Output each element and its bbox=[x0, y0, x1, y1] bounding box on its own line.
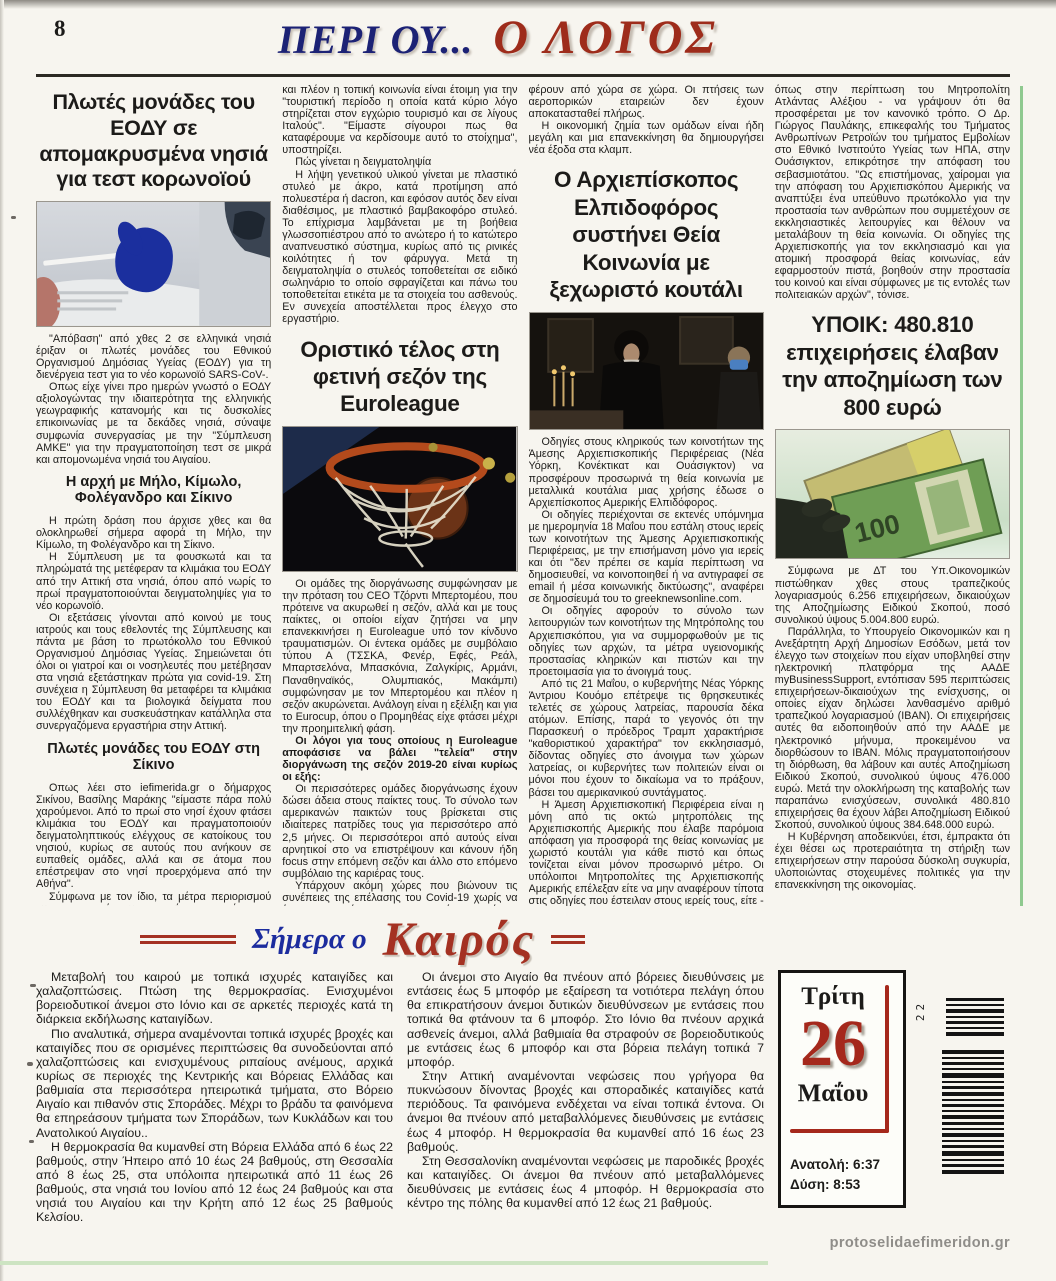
column-4: όπως στην περίπτωση του Μητροπολίτη Ατλά… bbox=[775, 84, 1010, 906]
weather-paragraph: Πιο αναλυτικά, σήμερα αναμένονται τοπικά… bbox=[36, 1027, 393, 1140]
scan-artifact-left bbox=[0, 0, 4, 1281]
column-3: φέρουν από χώρα σε χώρα. Οι πτήσεις των … bbox=[529, 84, 764, 906]
elpidoforos-paragraph: Η Άμεση Αρχιεπισκοπική Περιφέρεια είναι … bbox=[529, 799, 764, 906]
column-1: Πλωτές μονάδες του ΕΟΔΥ σε απομακρυσμένα… bbox=[36, 84, 271, 906]
article-columns: Πλωτές μονάδες του ΕΟΔΥ σε απομακρυσμένα… bbox=[36, 84, 1010, 906]
green-bottom-line bbox=[0, 1261, 768, 1265]
weather-paragraph: Μεταβολή του καιρού με τοπικά ισχυρές κα… bbox=[36, 970, 393, 1027]
ypoik-headline: ΥΠΟΙΚ: 480.810 επιχειρήσεις έλαβαν την α… bbox=[777, 311, 1008, 421]
calendar-day-number: 26 bbox=[787, 1013, 879, 1076]
eody-paragraph-continued: και πλέον η τοπική κοινωνία είναι έτοιμη… bbox=[282, 84, 517, 156]
calendar-text: Τρίτη 26 Μαΐου bbox=[787, 983, 879, 1108]
header-rule bbox=[36, 74, 1010, 77]
sunrise-time: Ανατολή: 6:37 bbox=[790, 1155, 880, 1175]
elpidoforos-paragraph-continued: όπως στην περίπτωση του Μητροπολίτη Ατλά… bbox=[775, 84, 1010, 301]
calendar-month: Μαΐου bbox=[787, 1080, 879, 1108]
calendar-red-bracket-vertical bbox=[885, 985, 889, 1133]
eody-paragraph-continued: Πώς γίνεται η δειγματοληψία bbox=[282, 156, 517, 168]
masthead: ΠΕΡΙ ΟΥ... Ο ΛΟΓΟΣ bbox=[0, 10, 996, 65]
elpidoforos-paragraph: Οι οδηγίες περιέχονται σε εκτενές υπόμνη… bbox=[529, 509, 764, 606]
weather-paragraph: Στη Θεσσαλονίκη αναμένονται νεφώσεις με … bbox=[407, 1154, 764, 1211]
ypoik-paragraph: Παράλληλα, το Υπουργείο Οικονομικών και … bbox=[775, 626, 1010, 831]
scan-speck bbox=[30, 984, 36, 987]
page-header: 8 ΠΕΡΙ ΟΥ... Ο ΛΟΓΟΣ bbox=[0, 0, 1056, 74]
newspaper-page: 8 ΠΕΡΙ ΟΥ... Ο ΛΟΓΟΣ Πλωτές μονάδες του … bbox=[0, 0, 1056, 1281]
euroleague-paragraph: Υπάρχουν ακόμη χώρες που βιώνουν τις συν… bbox=[282, 880, 517, 906]
eody-subhead-2: Πλωτές μονάδες του ΕΟΔΥ στη Σίκινο bbox=[42, 741, 265, 774]
euroleague-headline: Οριστικό τέλος στη φετινή σεζόν της Euro… bbox=[284, 336, 515, 418]
eody-paragraph: Οπως είχε γίνει προ ημερών γνωστό ο ΕΟΔΥ… bbox=[36, 381, 271, 466]
masthead-section-title: ΠΕΡΙ ΟΥ... bbox=[278, 16, 473, 63]
eody-headline: Πλωτές μονάδες του ΕΟΔΥ σε απομακρυσμένα… bbox=[38, 90, 269, 193]
weather-paragraph: Οι άνεμοι στο Αιγαίο θα πνέουν από βόρει… bbox=[407, 970, 764, 1069]
euroleague-paragraph: Οι περισσότερες ομάδες διοργάνωσης έχουν… bbox=[282, 783, 517, 880]
footer-website: protoselidaefimeridon.gr bbox=[830, 1235, 1010, 1251]
barcode-issue-number: 22 bbox=[914, 1000, 927, 1021]
sunrise-sunset: Ανατολή: 6:37 Δύση: 8:53 bbox=[790, 1155, 880, 1196]
eody-subhead-1: Η αρχή με Μήλο, Κίμωλο, Φολέγανδρο και Σ… bbox=[42, 474, 265, 507]
scan-speck bbox=[11, 216, 16, 219]
eody-paragraph-continued: Η λήψη γενετικού υλικού γίνεται με πλαστ… bbox=[282, 169, 517, 326]
elpidoforos-paragraph: Από τις 21 Μαΐου, ο κυβερνήτης Νέας Υόρκ… bbox=[529, 678, 764, 799]
column-2: και πλέον η τοπική κοινωνία είναι έτοιμη… bbox=[282, 84, 517, 906]
swab-test-photo bbox=[36, 201, 271, 327]
weather-banner-rule-right bbox=[551, 935, 585, 944]
archbishop-photo bbox=[529, 312, 764, 431]
eody-paragraph: Η Σύμπλευση με τα φουσκωτά και τα πληρώμ… bbox=[36, 551, 271, 611]
euroleague-paragraph-continued: φέρουν από χώρα σε χώρα. Οι πτήσεις των … bbox=[529, 84, 764, 120]
barcode-bars bbox=[942, 998, 1008, 1178]
masthead-newspaper-title: Ο ΛΟΓΟΣ bbox=[493, 10, 718, 65]
eody-paragraph: Σύμφωνα με τον ίδιο, τα μέτρα περιορισμο… bbox=[36, 891, 271, 906]
scan-speck bbox=[29, 1140, 34, 1143]
weather-paragraph: Η θερμοκρασία θα κυμανθεί στη Βόρεια Ελλ… bbox=[36, 1140, 393, 1225]
ypoik-paragraph: Σύμφωνα με ΔΤ του Υπ.Οικονομικών πιστώθη… bbox=[775, 565, 1010, 625]
euroleague-paragraph: Οι ομάδες της διοργάνωσης συμφώνησαν με … bbox=[282, 578, 517, 735]
issue-barcode: 22 bbox=[918, 970, 1026, 1210]
ypoik-paragraph: Η Κυβέρνηση αποδεικνύει, έτσι, έμπρακτα … bbox=[775, 831, 1010, 891]
weather-column-right: Οι άνεμοι στο Αιγαίο θα πνέουν από βόρει… bbox=[407, 970, 764, 1242]
eody-paragraph: "Απόβαση" από χθες 2 σε ελληνικά νησιά έ… bbox=[36, 333, 271, 381]
eody-paragraph: Η πρώτη δράση που άρχισε χθες και θα ολο… bbox=[36, 515, 271, 551]
elpidoforos-headline: Ο Αρχιεπίσκοπος Ελπιδοφόρος συστήνει Θεί… bbox=[531, 166, 762, 303]
euro-banknotes-photo: 100 100 bbox=[775, 429, 1010, 559]
weather-banner-title: Καιρός bbox=[383, 912, 536, 967]
calendar-box: Τρίτη 26 Μαΐου Ανατολή: 6:37 Δύση: 8:53 bbox=[778, 970, 906, 1208]
basketball-net-photo bbox=[282, 426, 517, 572]
euroleague-reasons-lead: Οι λόγοι για τους οποίους η Euroleague α… bbox=[282, 735, 517, 783]
weather-column-left: Μεταβολή του καιρού με τοπικά ισχυρές κα… bbox=[36, 970, 393, 1242]
elpidoforos-paragraph: Οι οδηγίες αφορούν το σύνολο των λειτουρ… bbox=[529, 605, 764, 677]
weather-banner-lead: Σήμερα ο bbox=[252, 923, 367, 956]
eody-paragraph: Οπως λέει στο iefimerida.gr ο δήμαρχος Σ… bbox=[36, 782, 271, 891]
green-edge-line bbox=[1020, 86, 1023, 906]
weather-banner: Σήμερα ο Καιρός bbox=[140, 914, 1056, 964]
weather-paragraph: Στην Αττική αναμένονται νεφώσεις που γρή… bbox=[407, 1069, 764, 1154]
calendar-and-barcode: Τρίτη 26 Μαΐου Ανατολή: 6:37 Δύση: 8:53 … bbox=[778, 970, 1026, 1242]
weather-section: Μεταβολή του καιρού με τοπικά ισχυρές κα… bbox=[36, 970, 1026, 1242]
elpidoforos-paragraph: Οδηγίες στους κληρικούς των κοινοτήτων τ… bbox=[529, 436, 764, 508]
calendar-red-bracket-horizontal bbox=[790, 1129, 889, 1133]
weather-banner-rule-left bbox=[140, 935, 236, 944]
eody-paragraph: Οι εξετάσεις γίνονται από κοινού με τους… bbox=[36, 612, 271, 733]
sunset-time: Δύση: 8:53 bbox=[790, 1175, 880, 1195]
euroleague-paragraph-continued: Η οικονομική ζημία των ομάδων είναι ήδη … bbox=[529, 120, 764, 156]
scan-speck bbox=[27, 1062, 33, 1066]
